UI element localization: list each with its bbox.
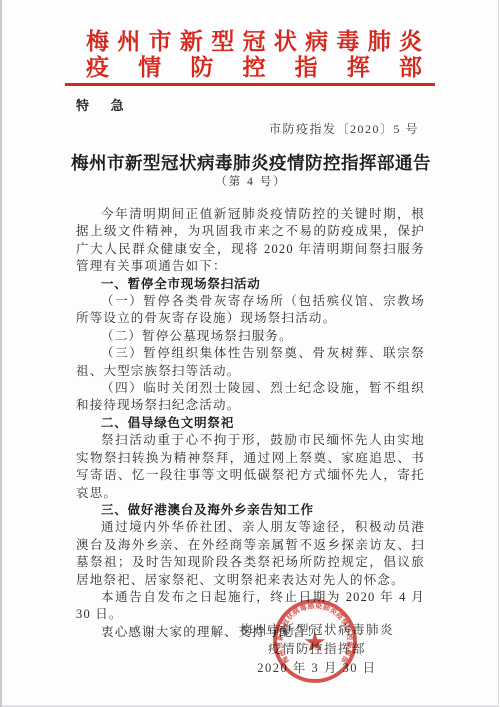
notice-title: 梅州市新型冠状病毒肺炎疫情防控指挥部通告: [2, 151, 500, 175]
body-paragraph: 今年清明期间正值新冠肺炎疫情防控的关键时期，根据上级文件精神，为巩固我市来之不易…: [76, 206, 425, 276]
notice-issue-number: （第 4 号）: [2, 175, 500, 190]
section-heading: 三、做好港澳台及海外乡亲告知工作: [76, 502, 425, 519]
section-heading: 一、暂停全市现场祭扫活动: [76, 276, 425, 293]
letterhead: 梅州市新型冠状病毒肺炎 疫情防控指挥部: [86, 0, 422, 81]
letterhead-divider: [65, 83, 435, 86]
letterhead-org-line1: 梅州市新型冠状病毒肺炎: [86, 29, 422, 55]
body-paragraph: （三）暂停组织集体性告别祭奠、骨灰树葬、联宗祭祖、大型宗族祭扫等活动。: [76, 345, 425, 380]
scanned-document-page: 梅州市新型冠状病毒肺炎 疫情防控指挥部 特 急 市防疫指发〔2020〕5 号 梅…: [0, 0, 500, 707]
body-paragraph: 祭扫活动重于心不拘于形，鼓励市民缅怀先人由实地实物祭扫转换为精神祭拜，通过网上祭…: [76, 432, 425, 502]
section-heading: 二、倡导绿色文明祭祀: [76, 415, 425, 432]
body-paragraph: （一）暂停各类骨灰寄存场所（包括殡仪馆、宗教场所等设立的骨灰寄存设施）现场祭扫活…: [76, 293, 425, 328]
body-paragraph: 本通告自发布之日起施行，终止日期为 2020 年 4 月 30 日。: [76, 589, 425, 624]
urgency-label: 特 急: [76, 95, 500, 114]
letterhead-org-line2: 疫情防控指挥部: [86, 55, 422, 81]
body-paragraph: （二）暂停公墓现场祭扫服务。: [76, 328, 425, 345]
seal-star-icon: ★: [303, 627, 327, 657]
document-number: 市防疫指发〔2020〕5 号: [2, 120, 500, 137]
body-paragraph: （四）临时关闭烈士陵园、烈士纪念设施，暂不组织和接待现场祭扫纪念活动。: [76, 380, 425, 415]
notice-body: 今年清明期间正值新冠肺炎疫情防控的关键时期，根据上级文件精神，为巩固我市来之不易…: [2, 206, 500, 641]
official-seal-icon: 梅州市新型冠状病毒感染肺炎疫情防控指挥部 ★: [272, 598, 358, 684]
body-paragraph: 通过境内外华侨社团、亲人朋友等途径，积极动员港澳台及海外乡亲、在外经商等亲属暂不…: [76, 519, 425, 589]
